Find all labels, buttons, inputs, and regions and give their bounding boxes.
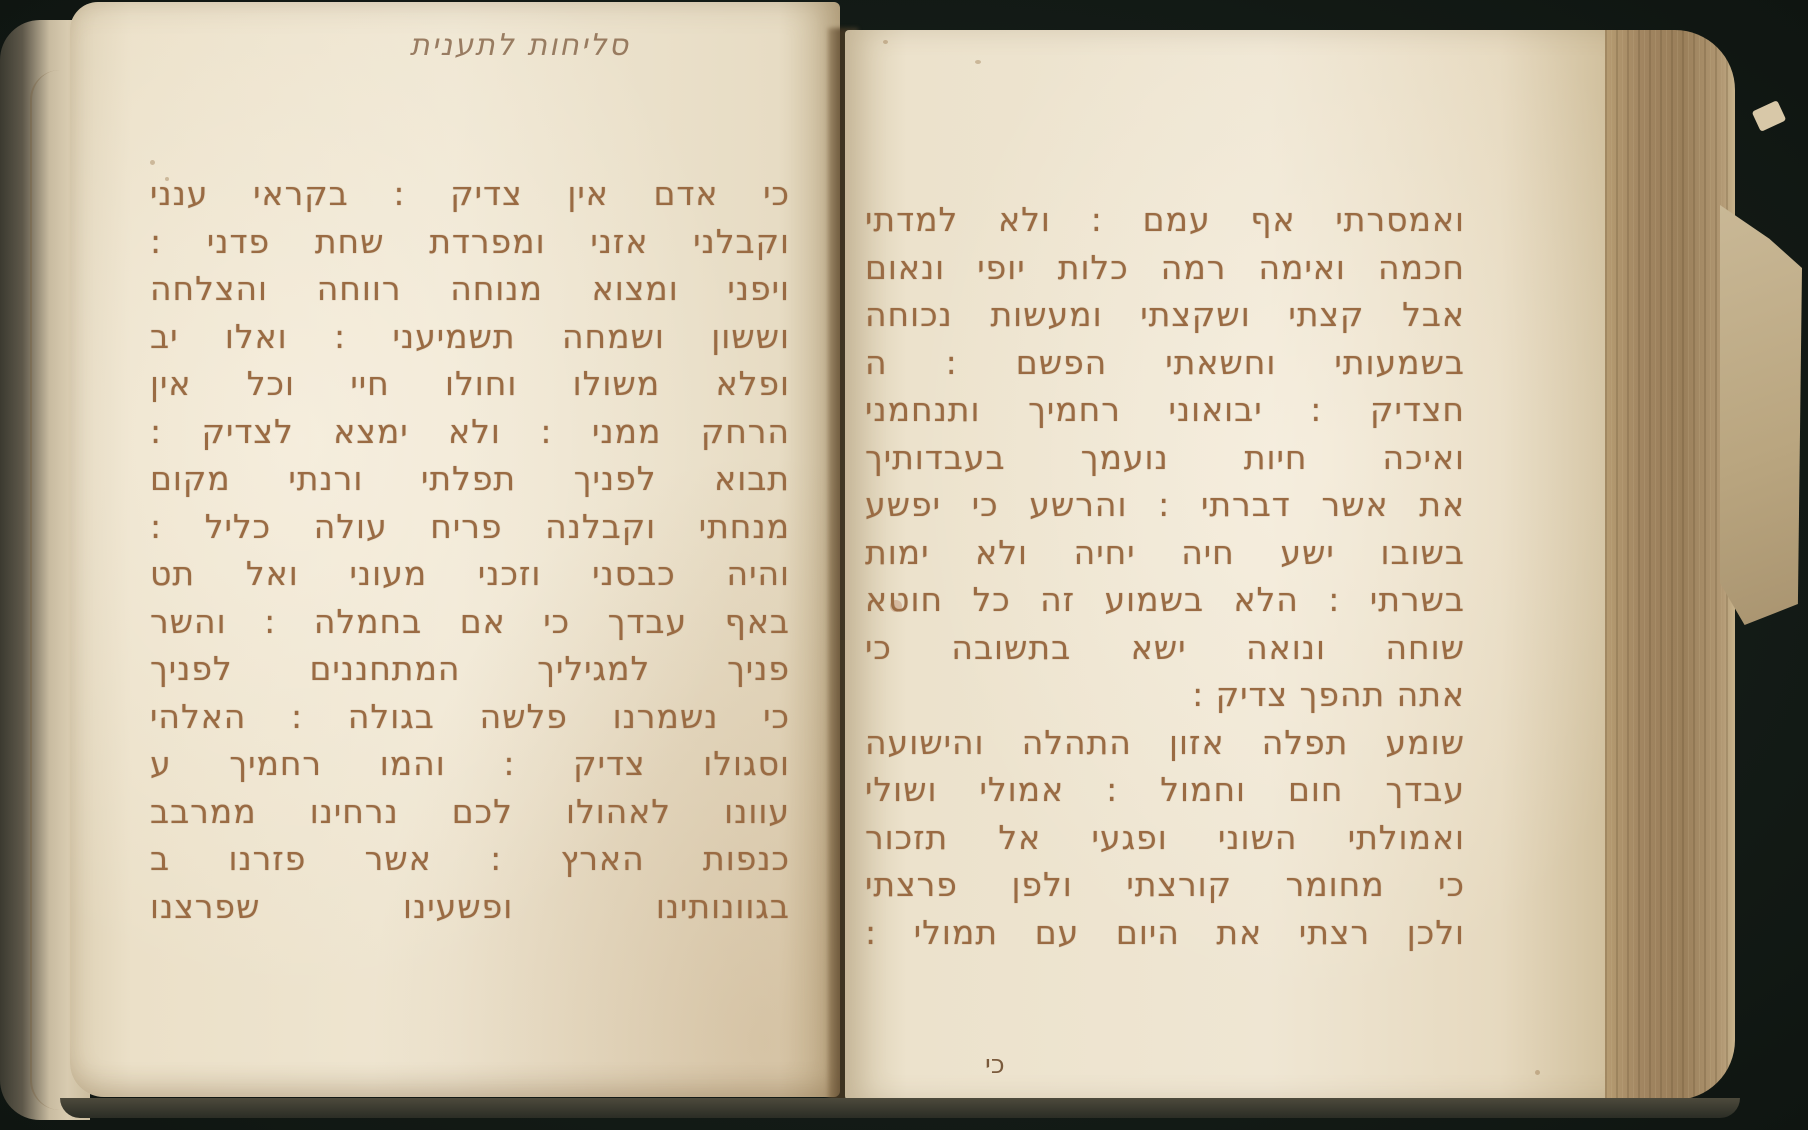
text-line: כי נשמרנו פלשה בגולה : האלהי <box>150 693 790 741</box>
foxing-spot <box>975 60 981 64</box>
text-line: וסגולו צדיק : והמו רחמיך ע <box>150 740 790 788</box>
left-page-text: כי אדם אין צדיק : בקראי ענני וקבלני אזני… <box>150 170 790 930</box>
text-line: שומע תפלה אזון התהלה והישועה <box>865 719 1465 767</box>
text-line: תבוא לפניך תפלתי ורנתי מקום <box>150 455 790 503</box>
text-line: אתה תהפך צדיק : <box>865 671 1465 719</box>
text-line: אבל קצתי ושקצתי ומעשות נכוחה <box>865 291 1465 339</box>
cover-bottom-edge <box>60 1098 1740 1118</box>
text-line: ולכן רצתי את היום עם תמולי : <box>865 909 1465 957</box>
text-line: באף עבדך כי אם בחמלה : והשר <box>150 598 790 646</box>
text-line: והיה כבסני וזכני מעוני ואל תט <box>150 550 790 598</box>
page-number: כי <box>985 1050 1005 1080</box>
text-line: עבדך חום וחמול : אמולי ושולי <box>865 766 1465 814</box>
text-line: ואיכה חיות נועמך בעבדותיך <box>865 434 1465 482</box>
foxing-spot <box>150 160 155 165</box>
text-line: בשובו ישע חיה יחיה ולא ימות <box>865 529 1465 577</box>
text-line: ופלא משולו וחולו חיי וכל אין <box>150 360 790 408</box>
text-line: עוונו לאהולו לכם נרחינו ממרבב <box>150 788 790 836</box>
text-line: וששון ושמחה תשמיעני : ואלו יב <box>150 313 790 361</box>
text-line: שוחה ונואה ישא בתשובה כי <box>865 624 1465 672</box>
text-line: הרחק ממני : ולא ימצא לצדיק : <box>150 408 790 456</box>
torn-page-flap <box>1720 205 1802 625</box>
foxing-spot <box>1535 1070 1540 1075</box>
text-line: כי מחומר קורצתי ולפן פרצתי <box>865 861 1465 909</box>
running-header: סליחות לתענית <box>370 28 670 63</box>
text-line: כי אדם אין צדיק : בקראי ענני <box>150 170 790 218</box>
text-line: ואמולתי השוני ופגעי אל תזכור <box>865 814 1465 862</box>
text-line: חכמה ואימה רמה כלות יופי ונאום <box>865 244 1465 292</box>
manuscript-photo: סליחות לתענית כי אדם אין צדיק : בקראי ענ… <box>0 0 1808 1130</box>
fore-edge <box>1605 30 1735 1100</box>
text-line: מנחתי וקבלנה פריח עולה כליל : <box>150 503 790 551</box>
text-line: את אשר דברתי : והרשע כי יפשע <box>865 481 1465 529</box>
torn-page-tab <box>1752 100 1787 132</box>
text-line: בגוונותינו ופשעינו שפרצנו <box>150 883 790 931</box>
text-line: וקבלני אזני ומפרדת שחת פדני : <box>150 218 790 266</box>
right-page-text: ואמסרתי אף עמם : ולא למדתי חכמה ואימה רמ… <box>865 196 1465 956</box>
text-line: ויפני ומצוא מנוחה רווחה והצלחה <box>150 265 790 313</box>
text-line: חצדיק : יבואוני רחמיך ותנחמני <box>865 386 1465 434</box>
text-line: פניך למגיליך המתחננים לפניך <box>150 645 790 693</box>
text-line: ואמסרתי אף עמם : ולא למדתי <box>865 196 1465 244</box>
text-line: בשמעותי וחשאתי הפשם : ה <box>865 339 1465 387</box>
foxing-spot <box>883 40 888 44</box>
text-line: בשרתי : הלא בשמוע זה כל חוטא <box>865 576 1465 624</box>
text-line: כנפות הארץ : אשר פזרנו ב <box>150 835 790 883</box>
